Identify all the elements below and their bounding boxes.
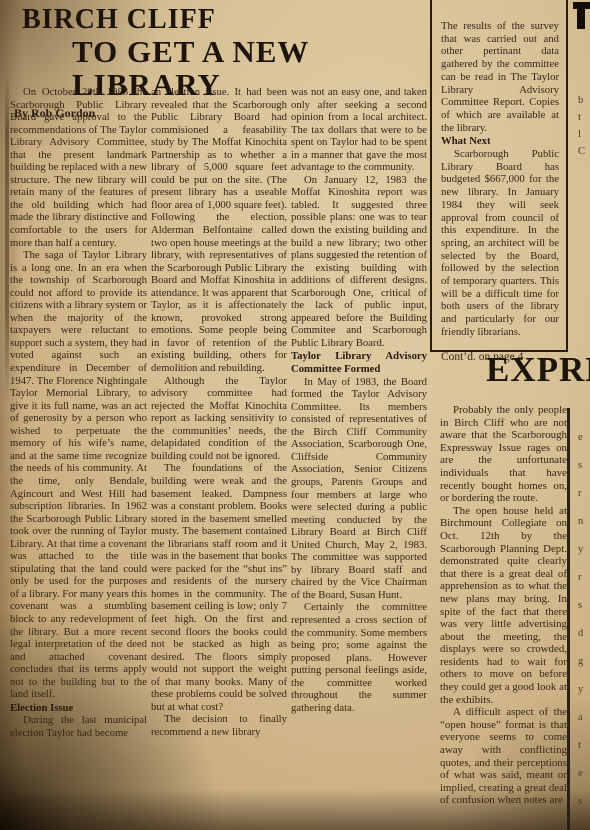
article2-headline-cutoff: EXPRES (486, 350, 590, 390)
paragraph: In May of 1983, the Board formed the Tay… (291, 376, 427, 602)
paragraph: The saga of Taylor Library is a long one… (10, 249, 147, 701)
article1-title-line1: BIRCH CLIFF (22, 5, 444, 35)
paragraph: The decision to finally recommend a new … (151, 713, 287, 738)
paragraph: On January 12, 1983 the Moffat Kinoshita… (291, 174, 427, 350)
column-rule (567, 408, 570, 830)
adjacent-headline-fragment (573, 2, 590, 30)
article1-column-2: an election issue. It had been revealed … (151, 86, 287, 738)
subhead-committee-formed: Taylor Library Advisory Committee Formed (291, 350, 427, 375)
paragraph: an election issue. It had been revealed … (151, 86, 287, 375)
paragraph: On October 20th 1983 the Scarborough Pub… (10, 86, 147, 249)
paragraph: During the last municipal election Taylo… (10, 714, 147, 739)
edge-text-fragments-upper: b t l C (578, 92, 590, 160)
paragraph: The results of the survey that was carri… (441, 20, 559, 134)
article1-column-3: was not an easy one, and taken only afte… (291, 86, 427, 714)
article2-column: Probably the only people in Birch Cliff … (440, 404, 567, 807)
paragraph: A difficult aspect of the “open house” f… (440, 706, 567, 807)
article1-column-1: On October 20th 1983 the Scarborough Pub… (10, 86, 147, 739)
paragraph: The foundations of the building were wea… (151, 462, 287, 713)
paragraph: Certainly the committee represented a cr… (291, 601, 427, 714)
newspaper-page: BIRCH CLIFF TO GET A NEW LIBRARY By Rob … (0, 0, 590, 830)
article1-boxed-column: The results of the survey that was carri… (430, 0, 568, 352)
paper-fold-shadow (5, 72, 9, 402)
paragraph: The open house held at Birchmount Colleg… (440, 505, 567, 707)
subhead-election-issue: Election Issue (10, 702, 147, 715)
edge-text-fragments-lower: e s r n y r s d g y a t e s (578, 424, 590, 816)
paragraph: Probably the only people in Birch Cliff … (440, 404, 567, 505)
paragraph: was not an easy one, and taken only afte… (291, 86, 427, 174)
subhead-what-next: What Next (441, 135, 559, 148)
paragraph: Scarborough Public Library Board has bud… (441, 148, 559, 339)
paragraph: Although the Taylor advisory committee h… (151, 375, 287, 463)
